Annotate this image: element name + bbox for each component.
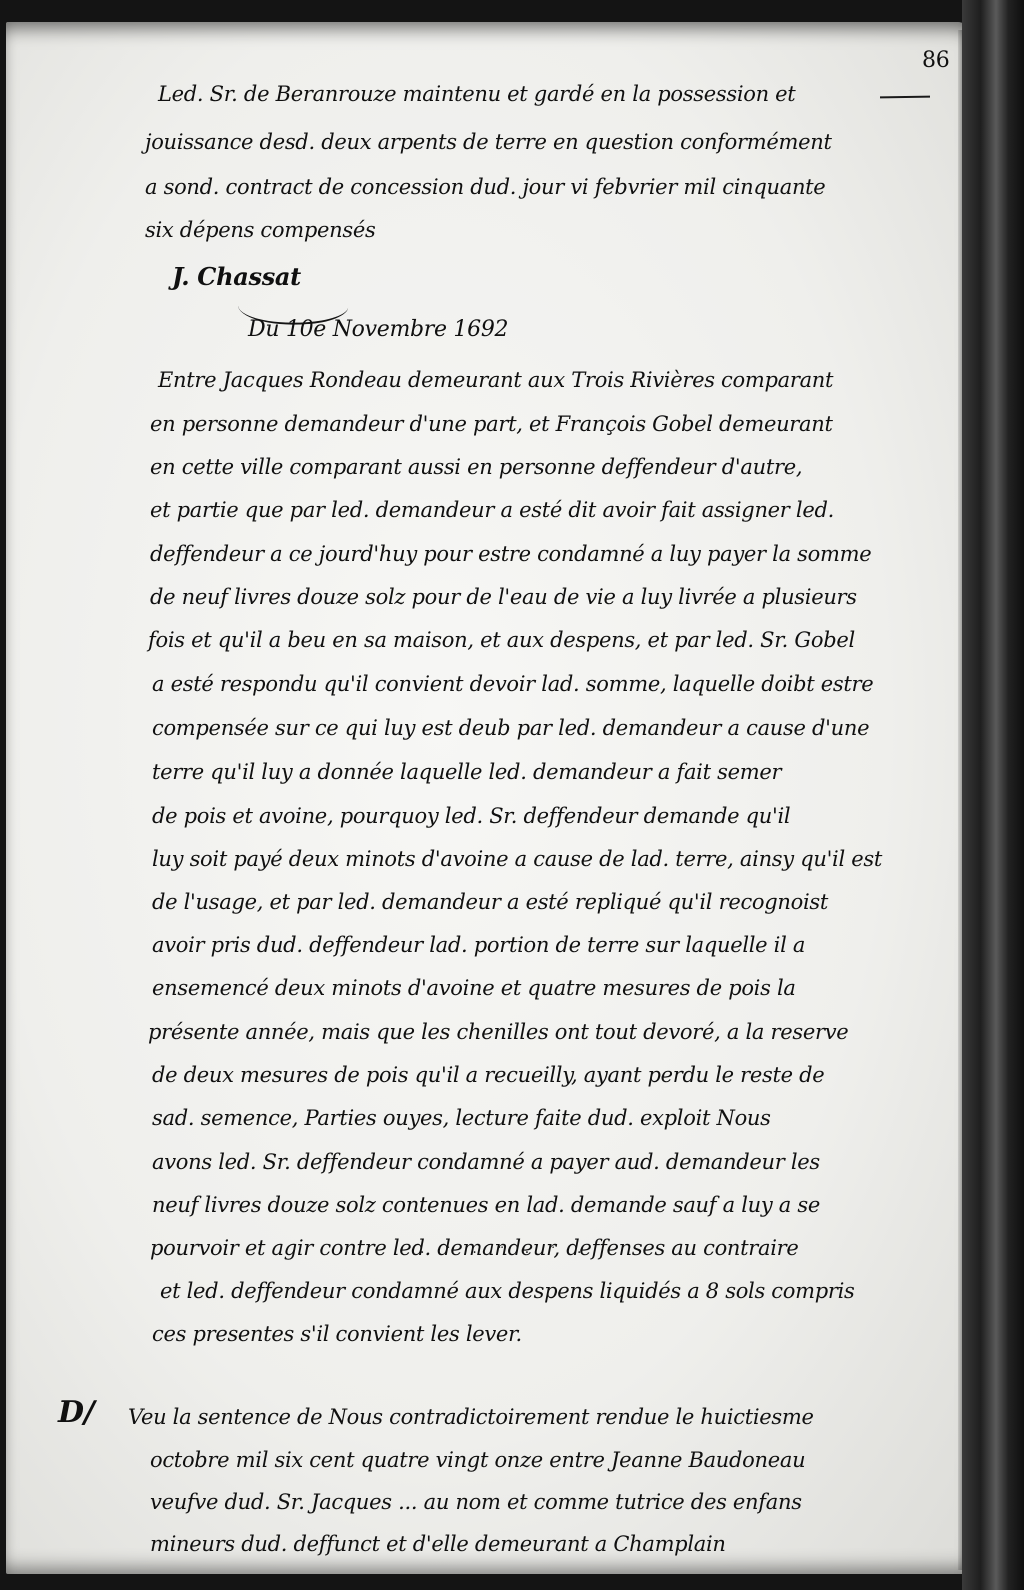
entry2-line: et led. deffendeur condamné aux despens … xyxy=(160,1279,855,1303)
entry2-line: et partie que par led. demandeur a esté … xyxy=(150,498,834,522)
entry2-line: en personne demandeur d'une part, et Fra… xyxy=(150,412,833,436)
entry2-line: compensée sur ce qui luy est deub par le… xyxy=(152,716,869,740)
entry3-line: veufve dud. Sr. Jacques ... au nom et co… xyxy=(150,1490,802,1514)
entry-date-heading: Du 10e Novembre 1692 xyxy=(248,317,508,342)
entry2-line: de neuf livres douze solz pour de l'eau … xyxy=(150,585,857,609)
entry2-line: sad. semence, Parties ouyes, lecture fai… xyxy=(152,1106,771,1130)
entry2-line: en cette ville comparant aussi en person… xyxy=(150,455,802,479)
scanned-page: 86 Led. Sr. de Beranrouze maintenu et ga… xyxy=(0,0,1024,1590)
entry2-line: fois et qu'il a beu en sa maison, et aux… xyxy=(148,628,855,652)
entry2-line: a esté respondu qu'il convient devoir la… xyxy=(152,672,873,696)
entry3-line: octobre mil six cent quatre vingt onze e… xyxy=(150,1448,805,1472)
margin-mark: D/ xyxy=(58,1395,94,1430)
entry2-line: avoir pris dud. deffendeur lad. portion … xyxy=(152,933,805,957)
entry3-line: mineurs dud. deffunct et d'elle demeuran… xyxy=(150,1532,726,1556)
entry1-line: Led. Sr. de Beranrouze maintenu et gardé… xyxy=(158,82,795,106)
entry1-line: a sond. contract de concession dud. jour… xyxy=(145,175,825,199)
entry2-line: présente année, mais que les chenilles o… xyxy=(148,1020,848,1044)
entry2-line: de pois et avoine, pourquoy led. Sr. def… xyxy=(152,804,790,828)
entry2-line: avons led. Sr. deffendeur condamné a pay… xyxy=(152,1150,820,1174)
entry2-line: de l'usage, et par led. demandeur a esté… xyxy=(152,890,828,914)
entry2-line: de deux mesures de pois qu'il a recueill… xyxy=(152,1063,824,1087)
entry2-line: ces presentes s'il convient les lever. xyxy=(152,1322,522,1346)
entry2-line: terre qu'il luy a donnée laquelle led. d… xyxy=(152,760,781,784)
ink-specks: · ˙ · ¨ · ˙ · xyxy=(420,1245,590,1261)
entry1-line: six dépens compensés xyxy=(145,218,375,242)
entry2-line: neuf livres douze solz contenues en lad.… xyxy=(152,1193,820,1217)
page-number: 86 xyxy=(922,48,949,73)
book-binding xyxy=(962,0,1024,1590)
entry2-line: Entre Jacques Rondeau demeurant aux Troi… xyxy=(158,368,833,392)
entry3-line: Veu la sentence de Nous contradictoireme… xyxy=(128,1405,814,1429)
entry1-line: jouissance desd. deux arpents de terre e… xyxy=(145,130,832,154)
entry2-line: deffendeur a ce jourd'huy pour estre con… xyxy=(150,542,871,566)
entry2-line: luy soit payé deux minots d'avoine a cau… xyxy=(152,847,882,871)
entry2-line: ensemencé deux minots d'avoine et quatre… xyxy=(152,976,796,1000)
